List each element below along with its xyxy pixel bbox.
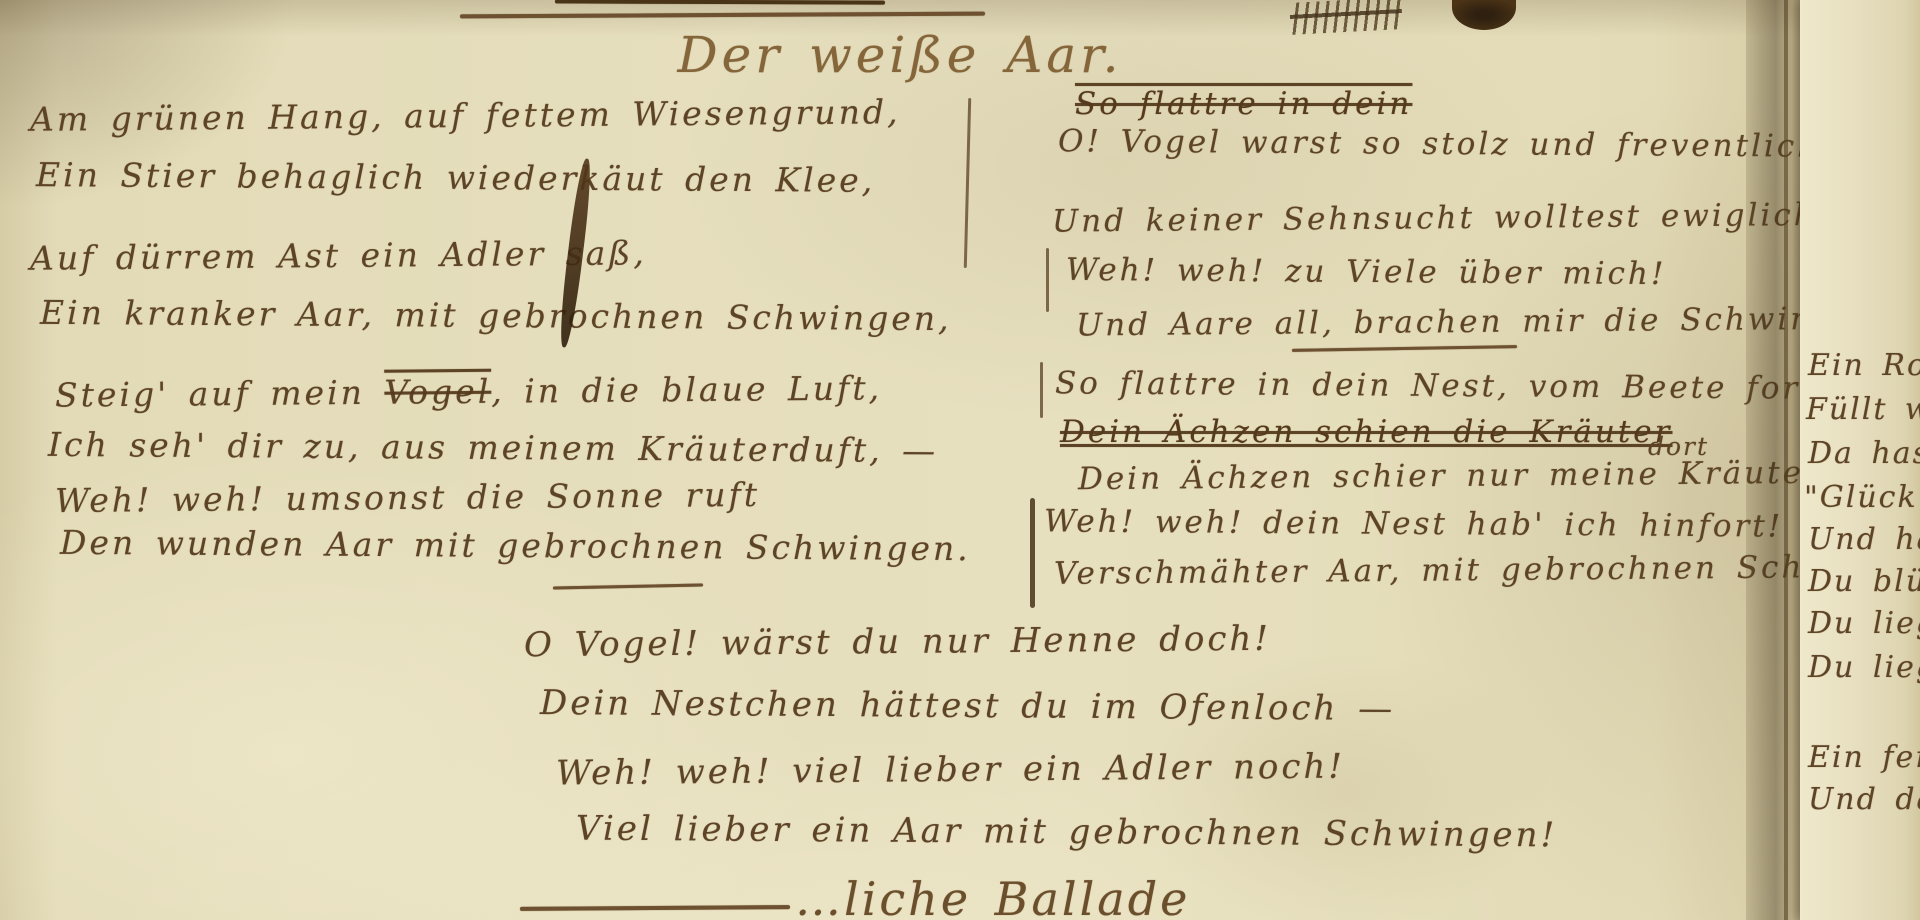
text-fragment: Und da [1808, 782, 1920, 817]
poem-line: Weh! weh! zu Viele über mich! [1066, 252, 1667, 292]
poem-line: Steig' auf mein Vogel, in die blaue Luft… [55, 368, 882, 414]
poem-line: Auf dürrem Ast ein Adler saß, [30, 233, 647, 277]
overline-flourish [1292, 345, 1517, 352]
bottom-rule [520, 905, 790, 911]
poem-title: Der weiße Aar. [640, 26, 1160, 84]
text-fragment: Du blü [1808, 564, 1920, 599]
next-title-fragment: …liche Ballade [795, 872, 1190, 920]
crossed-out-scribble [1289, 0, 1403, 35]
text-fragment: Füllt w [1806, 392, 1920, 427]
poem-line: O Vogel! wärst du nur Henne doch! [524, 619, 1271, 666]
margin-stroke [1046, 248, 1049, 312]
margin-stroke [1030, 498, 1035, 608]
text-fragment: Da hast [1808, 436, 1920, 471]
poem-line: Dein Nestchen hättest du im Ofenloch — [540, 683, 1395, 729]
page-edge-crease [1784, 0, 1788, 920]
adjacent-page-edge: Ein Ro Füllt w Da hast "Glück zu Und has… [1800, 0, 1920, 920]
poem-line: Weh! weh! umsonst die Sonne ruft [55, 475, 760, 520]
poem-line: Am grünen Hang, auf fettem Wiesengrund, [30, 92, 901, 139]
struck-line: So flattre in dein [1075, 86, 1412, 122]
text-fragment: Du lieg [1808, 606, 1920, 641]
struck-line: Dein Ächzen schien die Kräuter [1060, 414, 1672, 450]
ink-blot [1452, 0, 1516, 30]
struck-word: Vogel [384, 372, 491, 412]
poem-line: Weh! weh! viel lieber ein Adler noch! [556, 747, 1345, 794]
stanza-flourish-rule [553, 583, 703, 589]
poem-line: Ein Stier behaglich wiederkäut den Klee, [36, 155, 875, 200]
manuscript-page: Der weiße Aar. Am grünen Hang, auf fette… [0, 0, 1920, 920]
line-text: , in die blaue Luft, [491, 368, 882, 410]
text-fragment: Du liegst [1808, 650, 1920, 685]
poem-line: So flattre in dein Nest, vom Beete fort, [1055, 365, 1829, 406]
text-fragment: Ein fern [1808, 740, 1920, 775]
line-text: Steig' auf mein [55, 373, 385, 415]
poem-line: Den wunden Aar mit gebrochnen Schwingen. [60, 523, 971, 568]
poem-line: O! Vogel warst so stolz und freventlich, [1058, 123, 1833, 164]
top-edge-rule [555, 0, 885, 5]
poem-line: Viel lieber ein Aar mit gebrochnen Schwi… [576, 809, 1557, 856]
text-fragment: "Glück zu [1804, 480, 1920, 515]
poem-line: Dein Ächzen schier nur meine Kräuter [1078, 455, 1822, 497]
text-fragment: Ein Ro [1808, 348, 1920, 383]
title-rule [460, 12, 985, 19]
poem-line: Weh! weh! dein Nest hab' ich hinfort! [1044, 503, 1783, 544]
text-fragment: Und hast [1808, 522, 1920, 557]
column-divider-stroke [964, 98, 971, 268]
margin-stroke [1040, 362, 1043, 418]
poem-line: Ich seh' dir zu, aus meinem Kräuterduft,… [48, 425, 938, 470]
page-gap-shadow [1746, 0, 1800, 920]
poem-line: Ein kranker Aar, mit gebrochnen Schwinge… [40, 293, 952, 338]
